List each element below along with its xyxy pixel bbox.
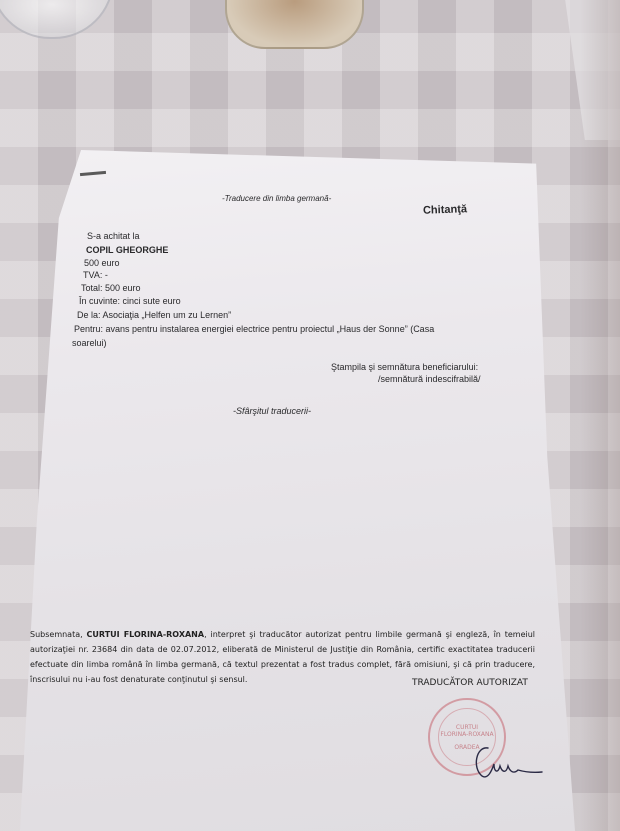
in-words-row: În cuvinte: cinci sute euro	[79, 296, 181, 306]
total-label: Total:	[81, 283, 103, 293]
amount: 500 euro	[84, 258, 120, 268]
vat-value: -	[105, 270, 108, 280]
document-title: Chitanţă	[423, 203, 467, 217]
purpose-line-1: Pentru: avans pentru instalarea energiei…	[74, 324, 434, 334]
from-value: Asociaţia „Helfen um zu Lernen”	[103, 310, 232, 320]
paid-to-label: S-a achitat la	[87, 231, 140, 241]
vat-label: TVA:	[83, 270, 102, 280]
wine-glass	[0, 0, 114, 39]
translation-header: -Traducere din limba germană-	[222, 194, 331, 203]
from-row: De la: Asociaţia „Helfen um zu Lernen”	[77, 310, 231, 320]
table-edge-shadow	[580, 0, 620, 831]
total-value: 500 euro	[105, 283, 141, 293]
certification-intro: Subsemnata,	[30, 630, 83, 639]
payee-name: COPIL GHEORGHE	[86, 245, 168, 255]
beneficiary-signature-label: Ştampila şi semnătura beneficiarului:	[331, 362, 478, 372]
translator-name: CURTUI FLORINA-ROXANA	[87, 630, 205, 639]
in-words-value: cinci sute euro	[123, 296, 181, 306]
translation-end-note: -Sfârşitul traducerii-	[233, 406, 311, 416]
authorized-translator-title: TRADUCĂTOR AUTORIZAT	[412, 678, 528, 688]
signature-icon	[470, 740, 545, 785]
beneficiary-signature-value: /semnătură indescifrabilă/	[378, 374, 481, 384]
purpose-line-2: soarelui)	[72, 338, 107, 348]
from-label: De la:	[77, 310, 101, 320]
glass-jar	[225, 0, 364, 49]
total-row: Total: 500 euro	[81, 283, 141, 293]
in-words-label: În cuvinte:	[79, 296, 120, 306]
vat-row: TVA: -	[83, 270, 108, 280]
